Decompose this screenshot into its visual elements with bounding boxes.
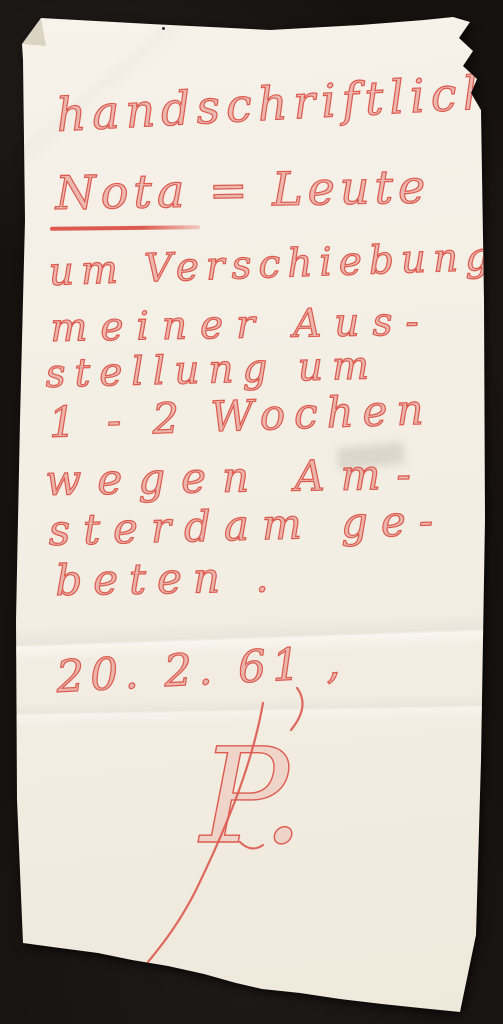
underline-stroke (50, 225, 200, 231)
signature-stem-stroke (148, 703, 263, 962)
handwriting-line: Nota = Leute (55, 159, 431, 220)
handwriting-line: um Verschiebung (48, 234, 498, 295)
handwriting-line: beten . (55, 552, 280, 605)
handwriting-line: handschriftlich (55, 65, 499, 142)
signature-tail-stroke (240, 842, 263, 848)
paper-shadow-wrap: handschriftlich Nota = Leute um Verschie… (0, 0, 503, 1024)
photo-background: handschriftlich Nota = Leute um Verschie… (0, 0, 503, 1024)
handwriting-line: 20. 2. 61 , (55, 637, 347, 703)
paper-speck (162, 27, 165, 30)
comma-stroke (291, 688, 303, 730)
handwriting-line: sterdam ge- (48, 496, 447, 555)
note-paper: handschriftlich Nota = Leute um Verschie… (0, 0, 503, 1024)
signature-p: P. (198, 720, 304, 874)
